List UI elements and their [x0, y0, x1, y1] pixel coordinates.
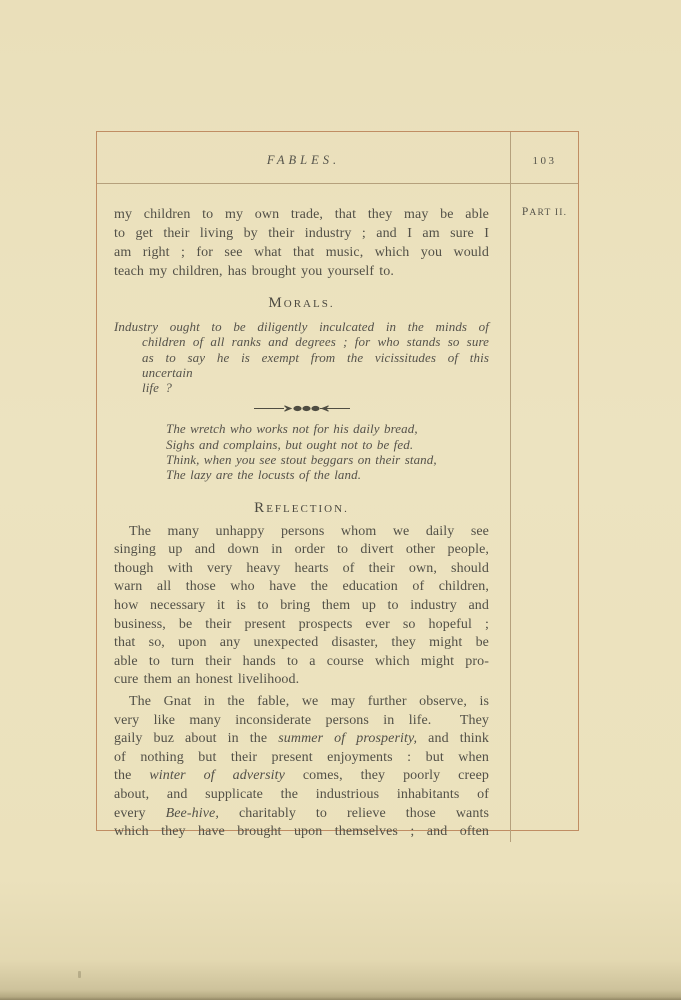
- text-line: am right ; for see what that music, whic…: [114, 243, 489, 262]
- text-line: though with very heavy hearts of their o…: [114, 560, 489, 579]
- text-line: children of all ranks and degrees ; for …: [114, 334, 489, 349]
- text-line: about, and supplicate the industrious in…: [114, 786, 489, 805]
- page-number: 103: [511, 132, 578, 167]
- opening-paragraph: my children to my own trade, that they m…: [114, 205, 489, 281]
- running-title: FABLES.: [97, 132, 510, 168]
- section-divider: [114, 400, 489, 409]
- reflection-paragraph-1: The many unhappy persons whom we daily s…: [114, 523, 489, 690]
- scan-speck: [78, 971, 81, 978]
- reflection-paragraph-2: The Gnat in the fable, we may further ob…: [114, 693, 489, 842]
- morals-text: Industry ought to be diligently inculcat…: [114, 319, 489, 395]
- text-line: that so, upon any unexpected disaster, t…: [114, 634, 489, 653]
- page-frame: FABLES. 103 my children to my own trade,…: [96, 131, 579, 831]
- text-line: The many unhappy persons whom we daily s…: [114, 523, 489, 542]
- text-line: warn all those who have the education of…: [114, 578, 489, 597]
- text-line: business, be their present prospects eve…: [114, 616, 489, 635]
- text-line: gaily buz about in the summer of prosper…: [114, 730, 489, 749]
- text-line: as to say he is exempt from the vicissit…: [114, 350, 489, 381]
- text-line: my children to my own trade, that they m…: [114, 205, 489, 224]
- text-line: Industry ought to be diligently inculcat…: [114, 319, 489, 334]
- running-header: FABLES.: [97, 132, 511, 184]
- part-label: PART II.: [511, 206, 578, 218]
- text-line: Sighs and complains, but ought not to be…: [166, 437, 489, 452]
- text-line: how necessary it is to bring them up to …: [114, 597, 489, 616]
- morals-heading: MORALS.: [114, 295, 489, 312]
- folio-cell: 103: [511, 132, 578, 184]
- text-line: every Bee-hive, charitably to relieve th…: [114, 805, 489, 824]
- text-line: able to turn their hands to a course whi…: [114, 653, 489, 672]
- reflection-heading: REFLECTION.: [114, 500, 489, 517]
- verse-quatrain: The wretch who works not for his daily b…: [166, 421, 489, 482]
- text-line: The Gnat in the fable, we may further ob…: [114, 693, 489, 712]
- text-line: life ?: [114, 380, 489, 395]
- text-line: The lazy are the locusts of the land.: [166, 467, 489, 482]
- text-line: to get their living by their industry ; …: [114, 224, 489, 243]
- text-line: very like many inconsiderate persons in …: [114, 712, 489, 731]
- margin-column: PART II.: [511, 184, 578, 842]
- divider-ornament-icon: [254, 404, 350, 413]
- text-line: The wretch who works not for his daily b…: [166, 421, 489, 436]
- text-line: cure them an honest livelihood.: [114, 671, 489, 690]
- text-line: which they have brought upon themselves …: [114, 823, 489, 842]
- text-line: teach my children, has brought you yours…: [114, 262, 489, 281]
- text-column: my children to my own trade, that they m…: [97, 184, 511, 842]
- text-line: the winter of adversity comes, they poor…: [114, 767, 489, 786]
- text-line: of nothing but their present enjoyments …: [114, 749, 489, 768]
- text-line: Think, when you see stout beggars on the…: [166, 452, 489, 467]
- text-line: singing up and down in order to divert o…: [114, 541, 489, 560]
